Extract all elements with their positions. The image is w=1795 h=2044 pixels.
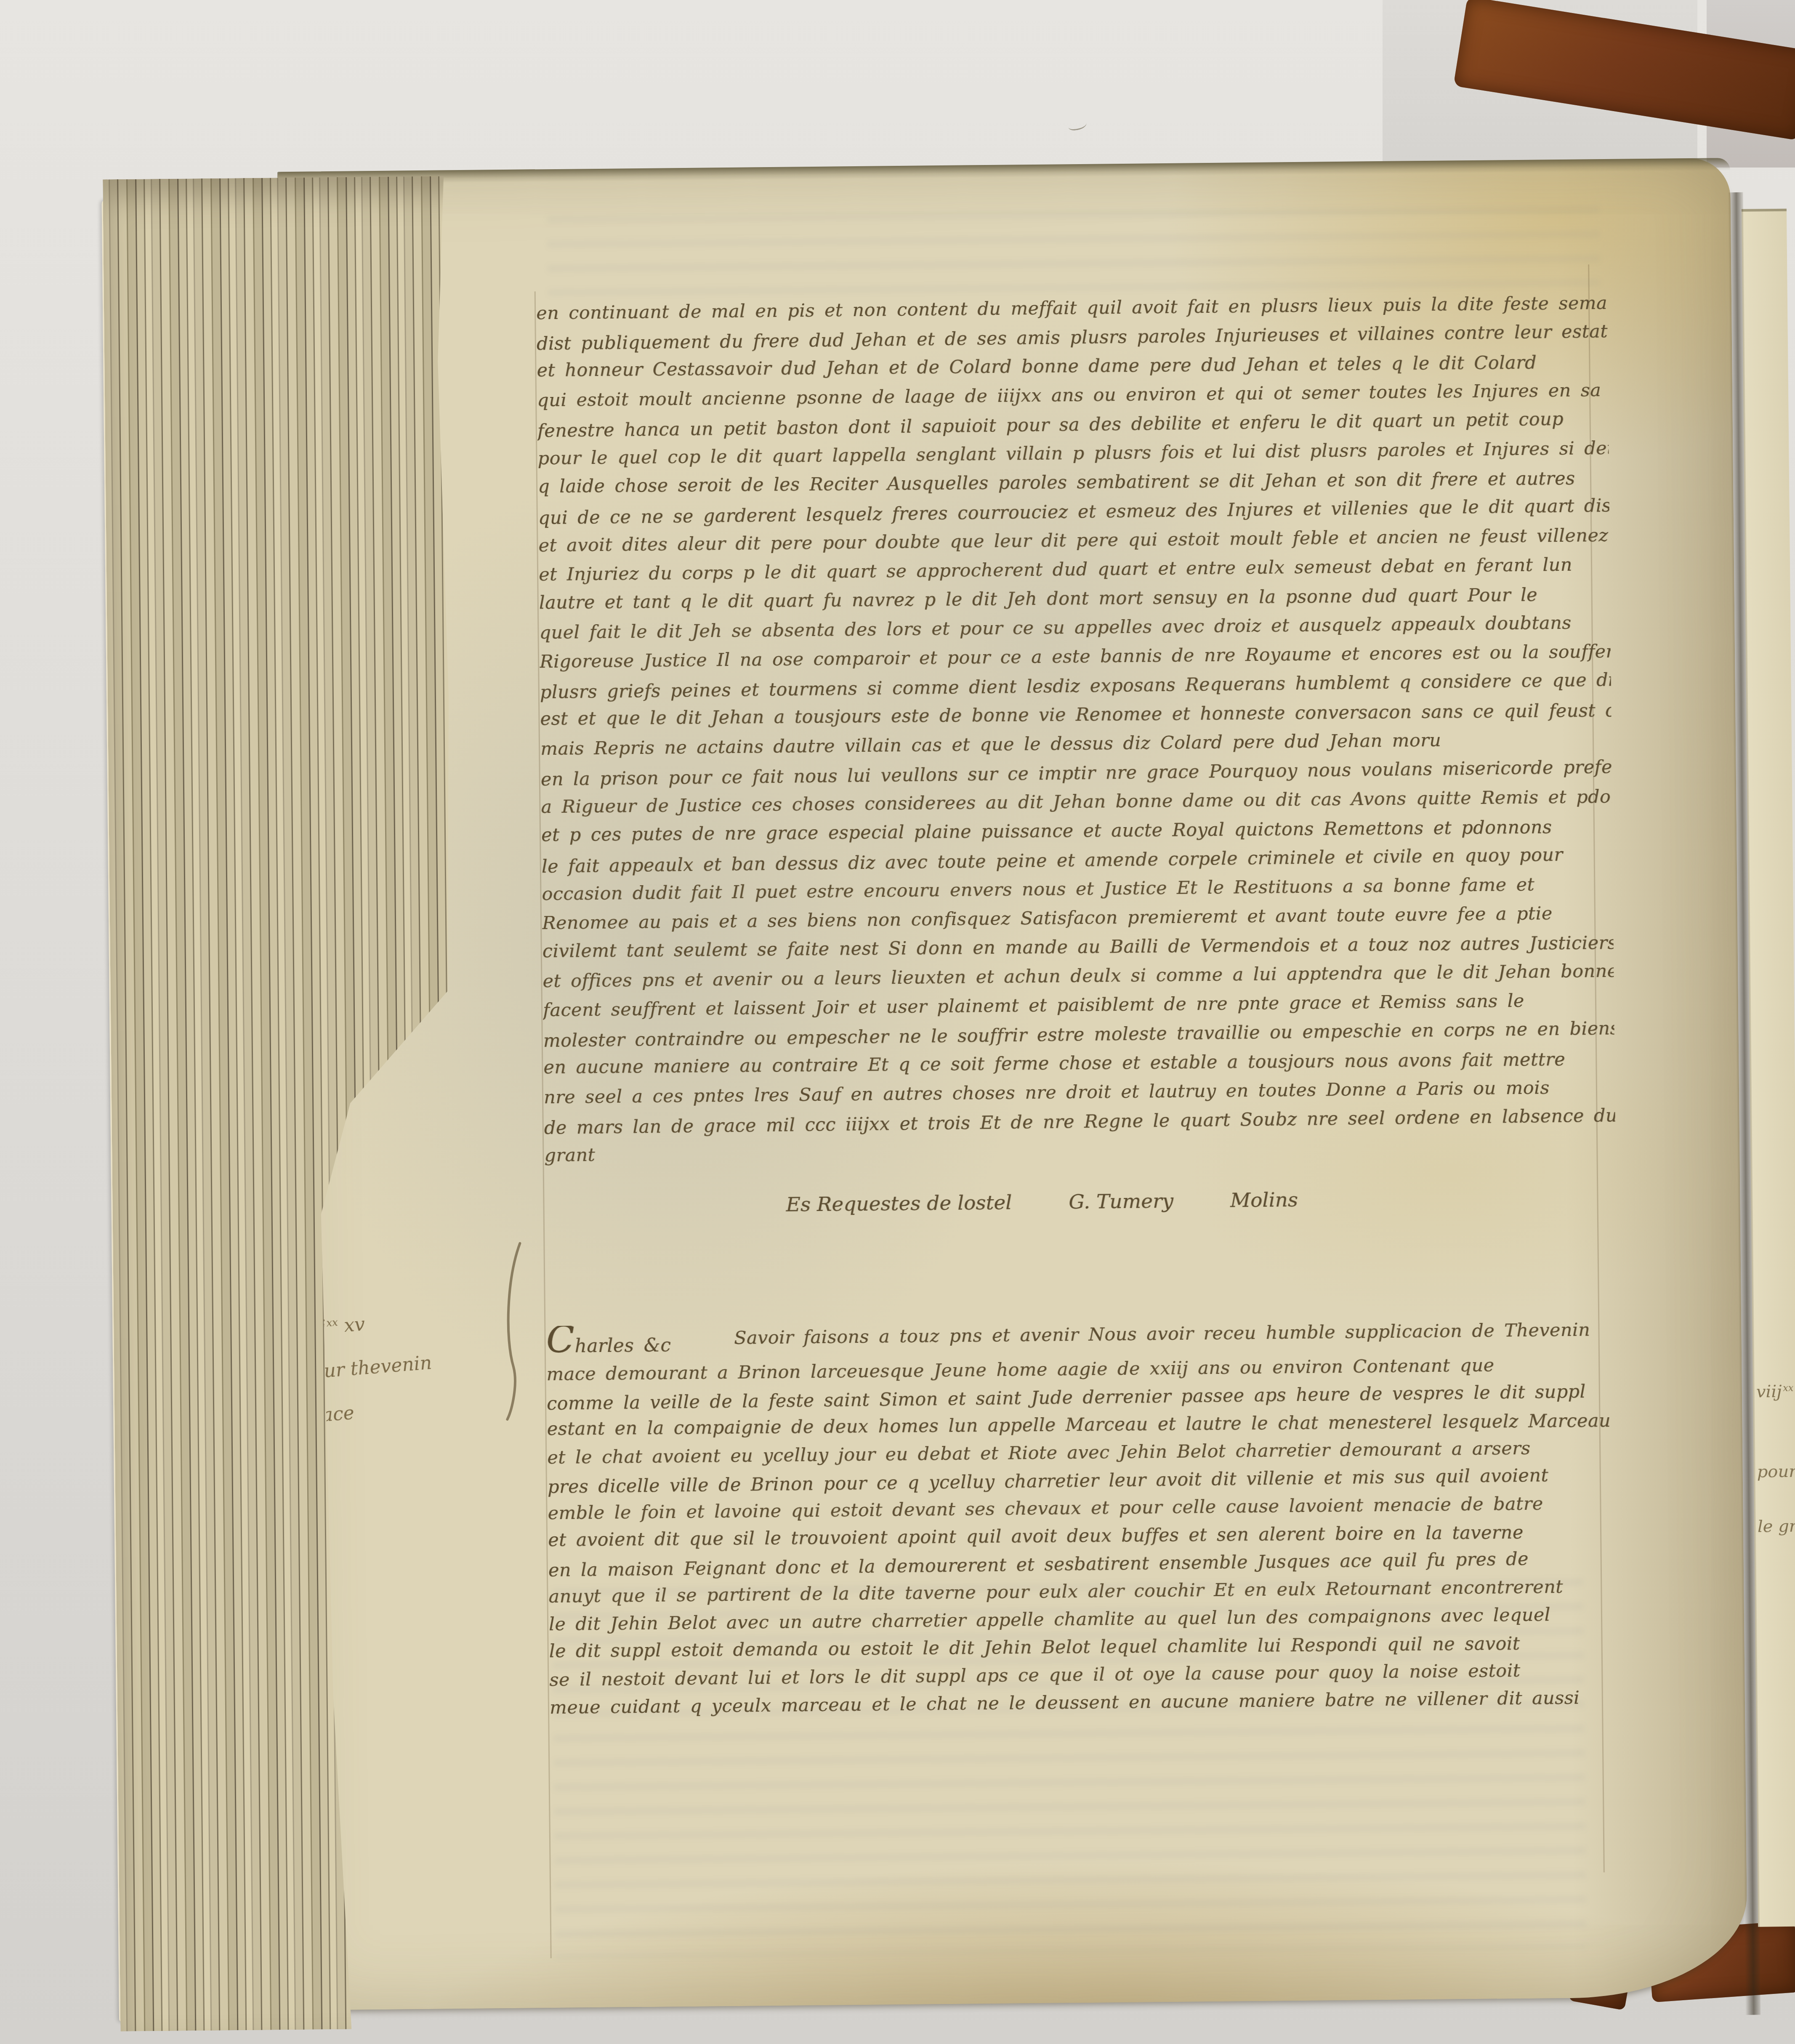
remission-letter-2: Charles &c Savoir faisons a touz pns et … (546, 1316, 1627, 1724)
pen-flourish (498, 1241, 529, 1422)
roman-numeral-rest: xv (343, 1313, 366, 1336)
registration-rubric: Es Requestes de lostel G. Tumery Molins (786, 1188, 1298, 1216)
roman-numeral-superscript: xx (326, 1316, 338, 1329)
manuscript-photo: en continuant de mal en pis et non conte… (0, 0, 1795, 2044)
stray-ink-mark (1068, 119, 1088, 131)
remission-letter-1: en continuant de mal en pis et non conte… (536, 289, 1616, 1181)
rubric-requests-of-household: Es Requestes de lostel (786, 1191, 1012, 1216)
facing-margin-note-fragment: pour la (1757, 1461, 1795, 1481)
facing-margin-note-fragment: le gran (1758, 1516, 1795, 1536)
ink-showthrough (547, 189, 1600, 295)
rubric-clerk-signature: G. Tumery (1069, 1190, 1173, 1214)
facing-margin-note-fragment: viijxx (1756, 1382, 1794, 1402)
royal-intitulation: Charles &c (546, 1325, 671, 1360)
open-book: en continuant de mal en pis et non conte… (96, 141, 1795, 2043)
roman-numeral-superscript: xx (1783, 1383, 1793, 1393)
page-top-edge-shadow (277, 158, 1730, 184)
roman-numeral: viij (1756, 1382, 1782, 1402)
rubric-place: Molins (1230, 1188, 1298, 1212)
parchment-page: en continuant de mal en pis et non conte… (277, 158, 1748, 2010)
letter-2-body: mace demourant a Brinon larceuesque Jeun… (546, 1350, 1627, 1722)
